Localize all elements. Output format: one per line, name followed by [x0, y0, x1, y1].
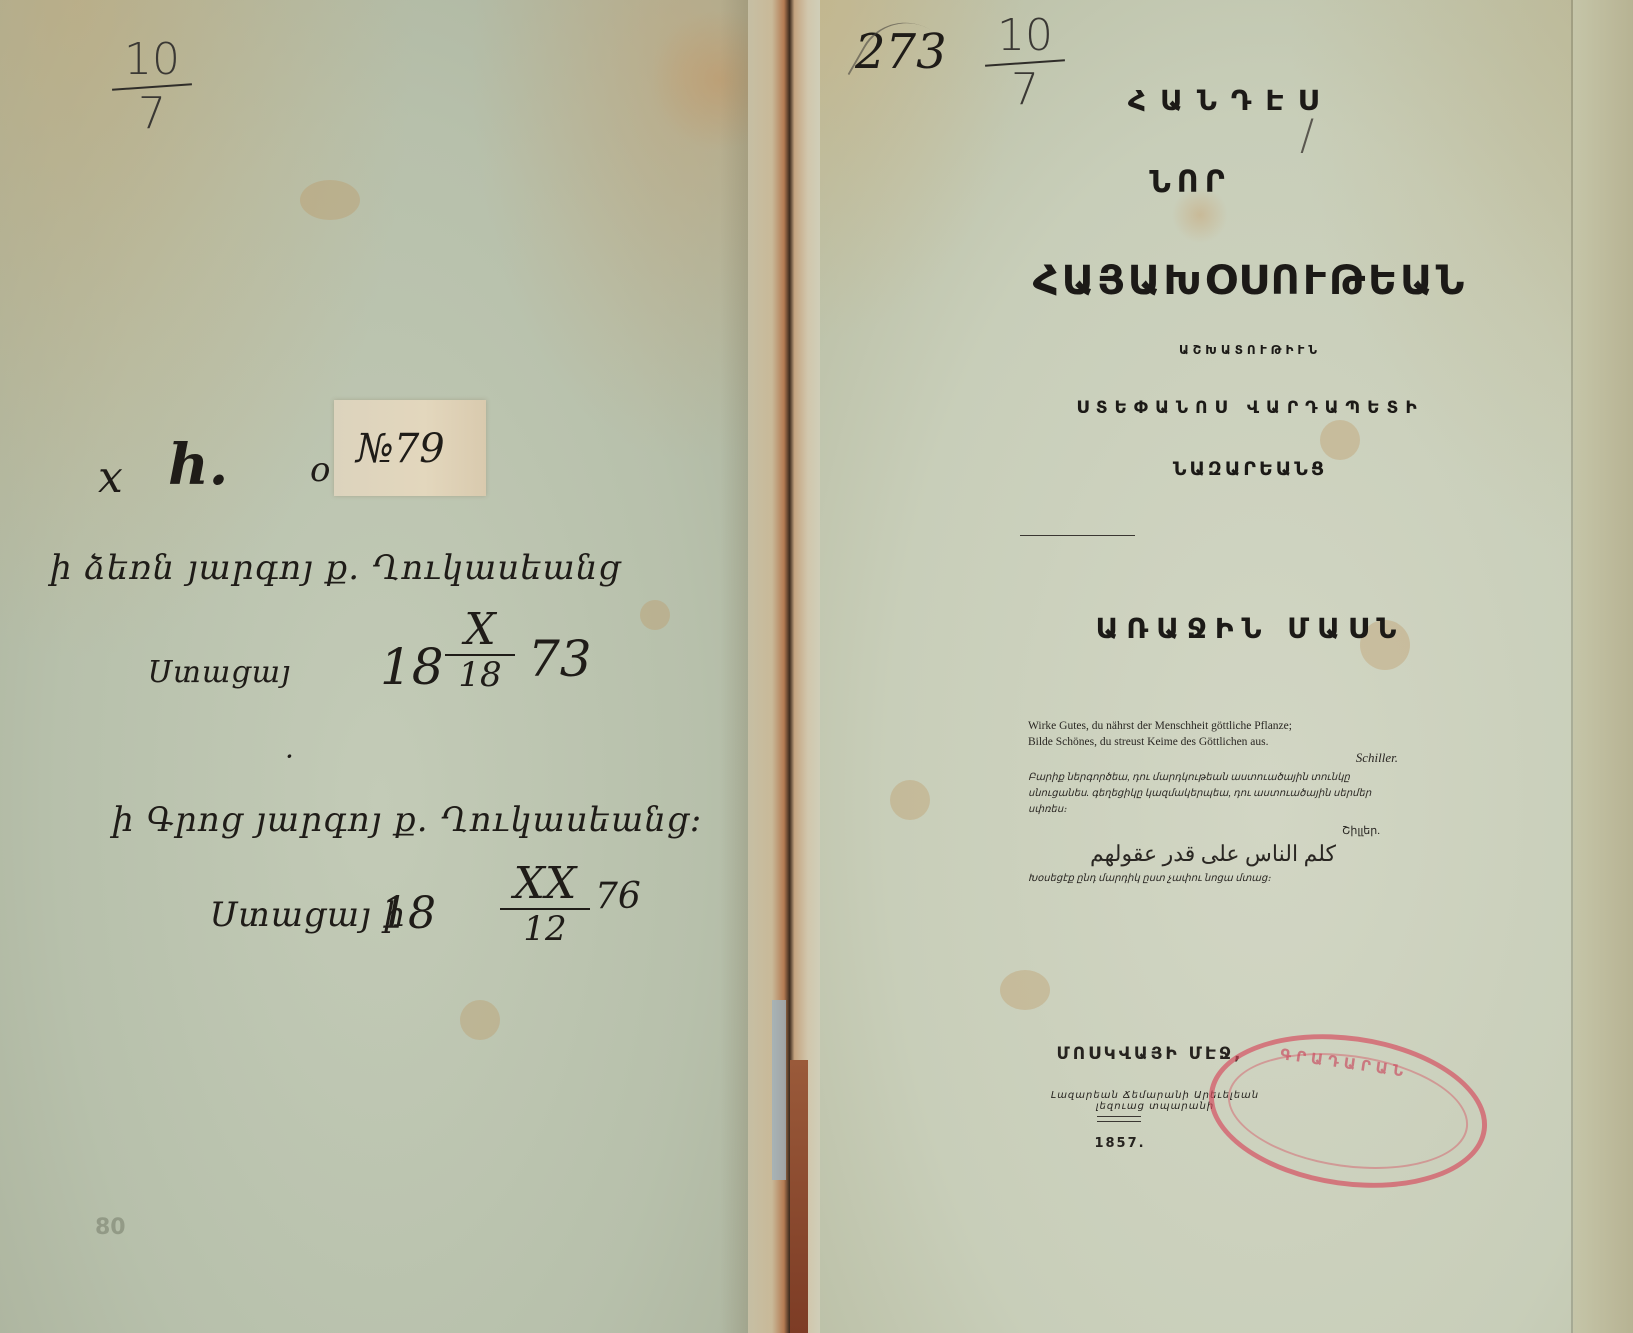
handwritten-x-mark: x: [98, 452, 123, 503]
book-spine-gutter: [748, 0, 828, 1333]
epigraph-german-line-1: Wirke Gutes, du nährst der Menschheit gö…: [1028, 718, 1398, 734]
date-1-year-suffix: 73: [528, 630, 592, 688]
date-2-month: XX: [500, 862, 590, 906]
date-2-label: Ստացայ ի: [210, 895, 406, 935]
date-1-day: 18: [445, 658, 515, 692]
handwritten-h-mark: h.: [168, 432, 228, 498]
shelf-mark-left: 10 7: [112, 38, 192, 136]
foxing-stain: [1000, 970, 1050, 1010]
dot-mark: ·: [285, 740, 294, 773]
author-surname: ՆԱԶԱՐԵԱՆՑ: [820, 458, 1620, 480]
epigraph-armenian-translation: Բարիք ներգործեա, դու մարդկութեան աստուած…: [1028, 770, 1398, 818]
foxing-stain: [1320, 420, 1360, 460]
main-title: ՀԱՅԱԽՕՍՈՒԹԵԱՆ: [820, 258, 1620, 304]
inscription-line-1: ի ձեռն յարգոյ ք. Ղուկասեանց: [50, 548, 621, 588]
date-1-year-prefix: 18: [380, 638, 444, 696]
blind-stamp: 80: [95, 1215, 126, 1240]
imprint-double-rule: [1097, 1116, 1141, 1122]
series-title: ՀԱՆԴԷՍ: [820, 84, 1600, 117]
epigraph-armenian-attribution: Շիլլեր.: [1028, 824, 1380, 837]
work-label: ԱՇԽԱՏՈՒԹԻՒՆ: [820, 343, 1620, 357]
date-2-day: 12: [500, 912, 590, 946]
epigraph-german-attribution: Schiller.: [1028, 750, 1398, 766]
page-edges: [1573, 0, 1633, 1333]
paper-label: №79: [334, 400, 486, 496]
date-2-year-prefix: 18: [380, 888, 436, 939]
handwritten-o-mark: o: [310, 450, 330, 490]
foxing-stain: [300, 180, 360, 220]
torn-spine-strip: [772, 1000, 786, 1180]
epigraph-german-line-2: Bilde Schönes, du streust Keime des Gött…: [1028, 734, 1398, 750]
shelf-mark-bottom: 7: [112, 92, 192, 136]
shelf-mark-top: 10: [985, 14, 1065, 58]
part-label: ԱՌԱՋԻՆ ՄԱՍՆ: [820, 612, 1620, 645]
imprint-year: 1857.: [1090, 1136, 1150, 1151]
pencil-tick: /: [1300, 110, 1314, 159]
label-number: №79: [356, 426, 445, 472]
book-spread: 10 7 x h. o №79 ի ձեռն յարգոյ ք. Ղուկասե…: [0, 0, 1633, 1333]
shelf-mark-top: 10: [112, 38, 192, 82]
author-line: ՍՏԵՓԱՆՈՍ ՎԱՐԴԱՊԵՏԻ: [820, 398, 1620, 418]
date-1-label: Ստացայ: [148, 655, 291, 690]
date-1-month: X: [445, 608, 515, 652]
foxing-stain: [460, 1000, 500, 1040]
torn-spine-strip: [790, 1060, 808, 1333]
foxing-stain: [640, 600, 670, 630]
epigraph: Wirke Gutes, du nährst der Menschheit gö…: [1028, 718, 1398, 884]
epigraph-arabic-translation: Խօսեցէք ընդ մարդիկ ըստ չափու նոցա մտաց։: [1028, 873, 1398, 884]
epigraph-arabic: كلم الناس على قدر عقولهم: [1028, 841, 1398, 867]
library-stamp-text: ԳՐԱԴԱՐԱՆ: [1279, 1045, 1409, 1081]
title-line-2: ՆՈՐ: [820, 165, 1560, 200]
date-2-fraction: XX 12: [500, 862, 590, 946]
title-rule: [1020, 535, 1135, 536]
foxing-stain: [890, 780, 930, 820]
inscription-line-2: ի Գրոց յարգոյ ք. Ղուկասեանց։: [112, 800, 702, 840]
date-1-fraction: X 18: [445, 608, 515, 692]
date-2-year-suffix: 76: [595, 876, 641, 917]
